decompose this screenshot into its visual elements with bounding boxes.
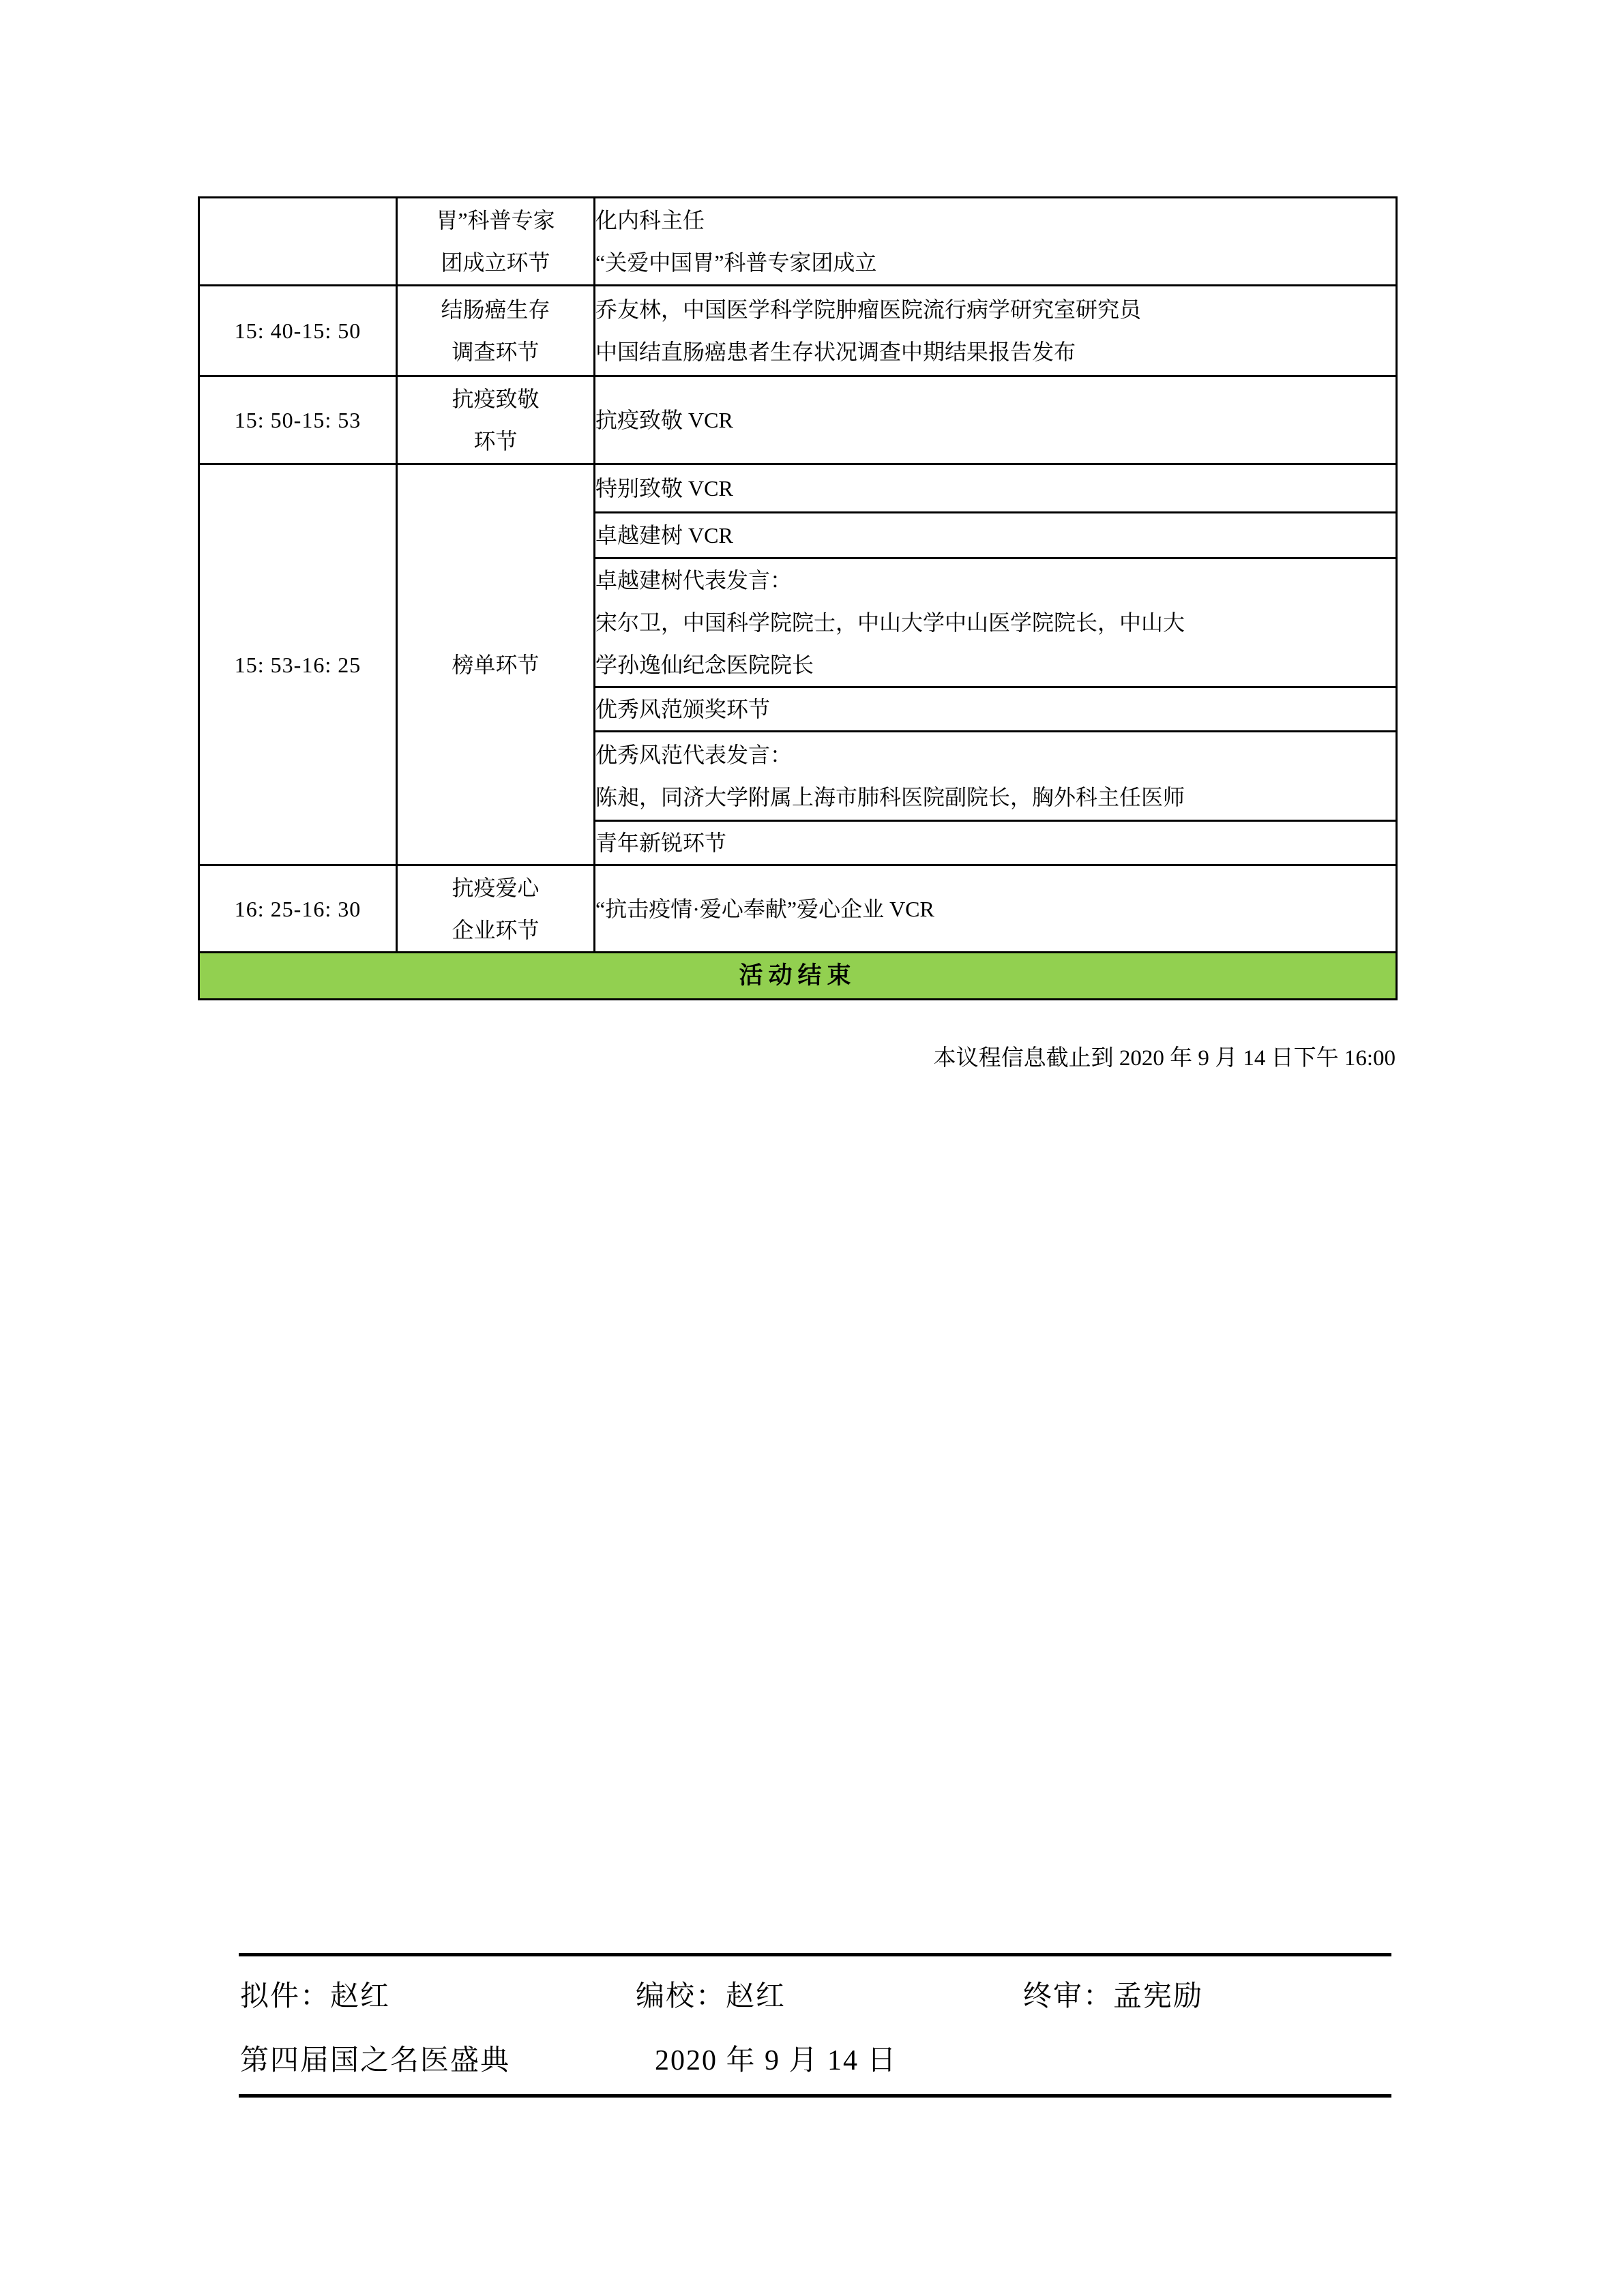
- time-cell: 15: 50-15: 53: [199, 376, 397, 464]
- agenda-cutoff-note: 本议程信息截止到 2020 年 9 月 14 日下午 16:00: [934, 1045, 1396, 1072]
- session-cell: 榜单环节: [397, 464, 595, 865]
- session-cell: 胃”科普专家 团成立环节: [397, 198, 595, 286]
- detail-cell: 化内科主任 “关爱中国胃”科普专家团成立: [595, 198, 1397, 286]
- detail-cell: 抗疫致敬 VCR: [595, 376, 1397, 464]
- detail-line: 优秀风范代表发言：: [595, 734, 1396, 776]
- session-line: 环节: [398, 420, 593, 462]
- event-end-banner: 活动结束: [199, 953, 1397, 1000]
- time-cell: 15: 53-16: 25: [199, 464, 397, 865]
- session-line: 抗疫爱心: [398, 867, 593, 909]
- detail-cell: 特别致敬 VCR: [595, 464, 1397, 513]
- footer-editor: 编校：赵红: [636, 1979, 786, 2014]
- session-line: 结肠癌生存: [398, 288, 593, 331]
- time-cell: 16: 25-16: 30: [199, 865, 397, 953]
- detail-line: 宋尔卫，中国科学院院士，中山大学中山医学院院长，中山大: [595, 601, 1396, 644]
- footer-event-name: 第四届国之名医盛典: [240, 2043, 510, 2078]
- document-page: 胃”科普专家 团成立环节 化内科主任 “关爱中国胃”科普专家团成立 15: 40…: [0, 0, 1624, 2296]
- detail-line: 卓越建树代表发言：: [595, 559, 1396, 601]
- detail-line: 特别致敬 VCR: [595, 467, 1396, 509]
- footer-bottom-rule: [239, 2094, 1391, 2098]
- agenda-table: 胃”科普专家 团成立环节 化内科主任 “关爱中国胃”科普专家团成立 15: 40…: [198, 196, 1398, 1000]
- time-cell: 15: 40-15: 50: [199, 286, 397, 376]
- table-row-end: 活动结束: [199, 953, 1397, 1000]
- session-line: 榜单环节: [398, 644, 593, 686]
- detail-line: 中国结直肠癌患者生存状况调查中期结果报告发布: [595, 331, 1396, 373]
- detail-line: 青年新锐环节: [595, 822, 1396, 864]
- time-cell: [199, 198, 397, 286]
- table-row: 15: 40-15: 50 结肠癌生存 调查环节 乔友林，中国医学科学院肿瘤医院…: [199, 286, 1397, 376]
- detail-line: 抗疫致敬 VCR: [595, 399, 1396, 441]
- detail-line: 优秀风范颁奖环节: [595, 688, 1396, 730]
- detail-cell: 青年新锐环节: [595, 821, 1397, 865]
- detail-line: 乔友林，中国医学科学院肿瘤医院流行病学研究室研究员: [595, 288, 1396, 331]
- table-row: 15: 53-16: 25 榜单环节 特别致敬 VCR: [199, 464, 1397, 513]
- footer-top-rule: [239, 1953, 1391, 1956]
- session-line: 调查环节: [398, 331, 593, 373]
- footer-date: 2020 年 9 月 14 日: [655, 2043, 898, 2078]
- detail-line: 化内科主任: [595, 199, 1396, 241]
- session-cell: 结肠癌生存 调查环节: [397, 286, 595, 376]
- detail-line: “关爱中国胃”科普专家团成立: [595, 241, 1396, 284]
- detail-cell: 优秀风范颁奖环节: [595, 687, 1397, 732]
- table-row: 胃”科普专家 团成立环节 化内科主任 “关爱中国胃”科普专家团成立: [199, 198, 1397, 286]
- detail-cell: “抗击疫情·爱心奉献”爱心企业 VCR: [595, 865, 1397, 953]
- session-line: 企业环节: [398, 909, 593, 951]
- table-row: 16: 25-16: 30 抗疫爱心 企业环节 “抗击疫情·爱心奉献”爱心企业 …: [199, 865, 1397, 953]
- detail-line: 学孙逸仙纪念医院院长: [595, 644, 1396, 686]
- detail-line: 陈昶，同济大学附属上海市肺科医院副院长，胸外科主任医师: [595, 776, 1396, 818]
- detail-cell: 优秀风范代表发言： 陈昶，同济大学附属上海市肺科医院副院长，胸外科主任医师: [595, 732, 1397, 821]
- detail-cell: 卓越建树 VCR: [595, 513, 1397, 558]
- detail-line: 卓越建树 VCR: [595, 514, 1396, 556]
- footer-final-reviewer: 终审：孟宪励: [1023, 1979, 1203, 2014]
- detail-cell: 卓越建树代表发言： 宋尔卫，中国科学院院士，中山大学中山医学院院长，中山大 学孙…: [595, 558, 1397, 687]
- footer-drafter: 拟件：赵红: [240, 1979, 390, 2014]
- session-line: 抗疫致敬: [398, 378, 593, 420]
- detail-line: “抗击疫情·爱心奉献”爱心企业 VCR: [595, 888, 1396, 930]
- detail-cell: 乔友林，中国医学科学院肿瘤医院流行病学研究室研究员 中国结直肠癌患者生存状况调查…: [595, 286, 1397, 376]
- table-row: 15: 50-15: 53 抗疫致敬 环节 抗疫致敬 VCR: [199, 376, 1397, 464]
- session-line: 胃”科普专家: [398, 199, 593, 241]
- session-cell: 抗疫致敬 环节: [397, 376, 595, 464]
- session-cell: 抗疫爱心 企业环节: [397, 865, 595, 953]
- session-line: 团成立环节: [398, 241, 593, 284]
